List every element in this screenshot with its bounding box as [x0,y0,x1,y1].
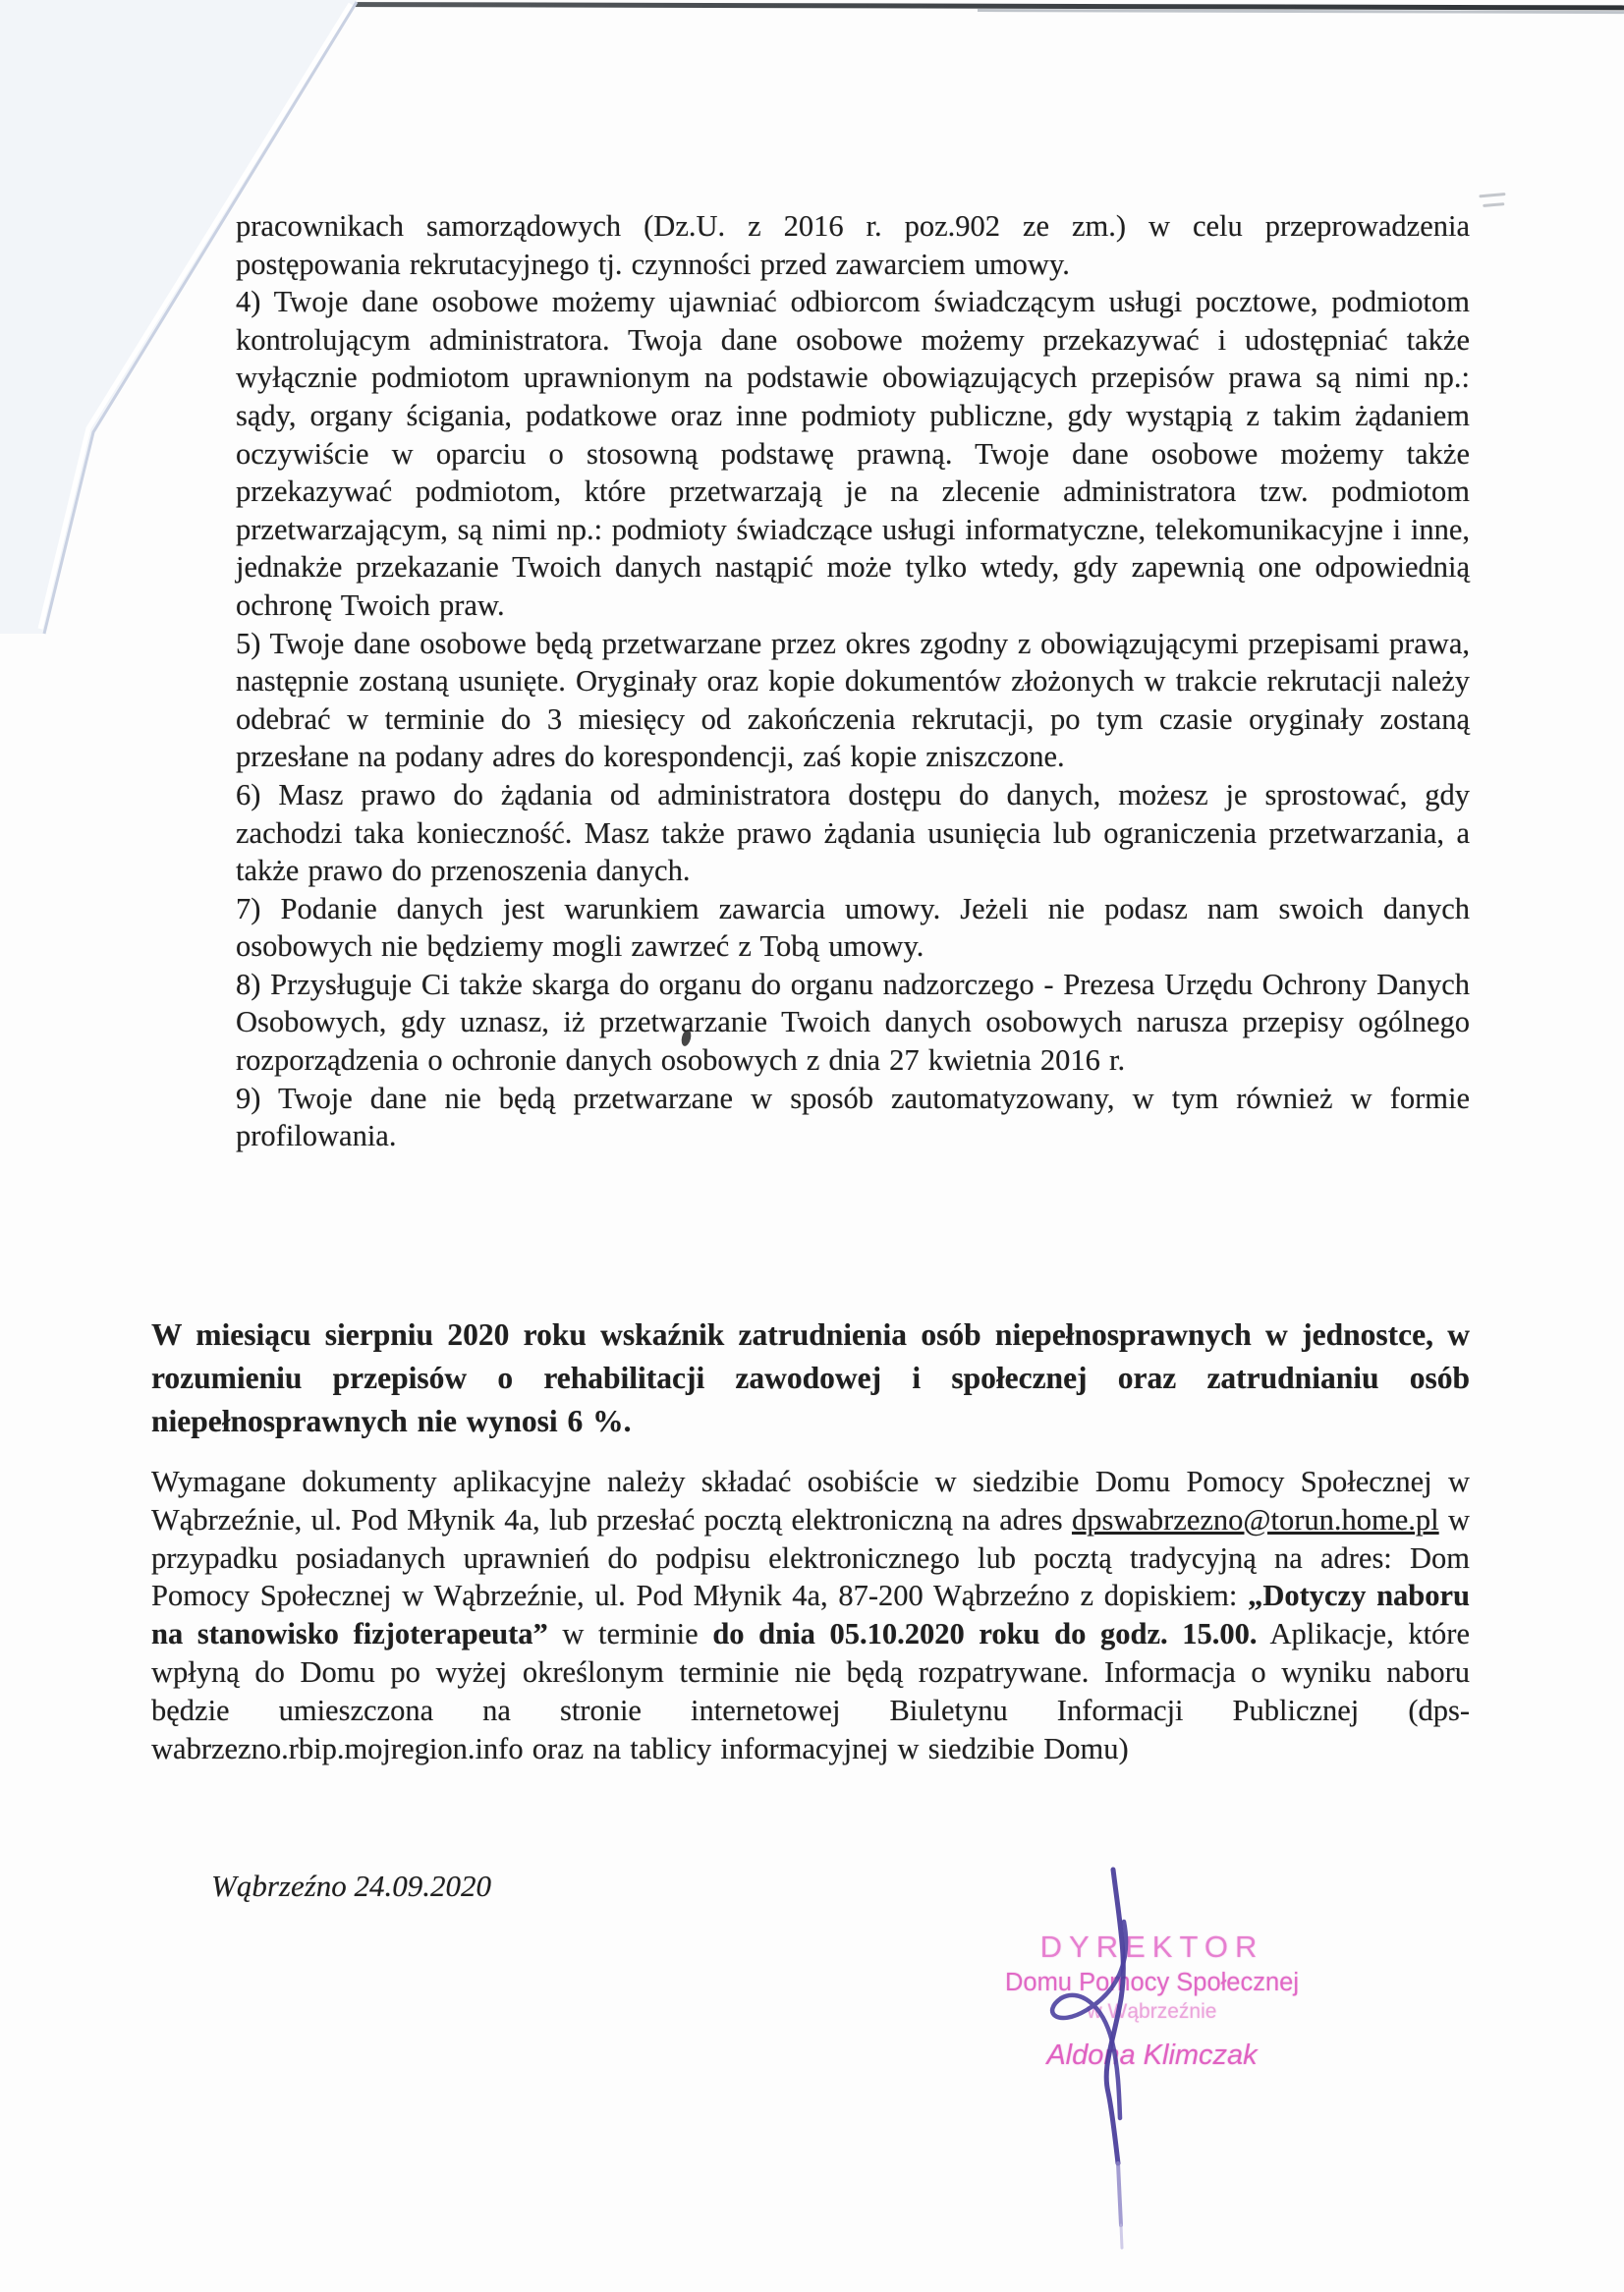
scanned-document-page: pracownikach samorządowych (Dz.U. z 2016… [0,0,1624,2292]
application-instructions: Wymagane dokumenty aplikacyjne należy sk… [151,1463,1470,1767]
clause-4: 4) Twoje dane osobowe możemy ujawniać od… [236,283,1470,624]
pencil-stroke [1479,193,1505,197]
pencil-stroke [1483,202,1504,207]
pencil-mark [1479,193,1509,211]
signature-ink [1022,1857,1169,2260]
clauses-block: pracownikach samorządowych (Dz.U. z 2016… [236,207,1470,1155]
clause-8: 8) Przysługuje Ci także skarga do organu… [236,966,1470,1080]
clause-9: 9) Twoje dane nie będą przetwarzane w sp… [236,1080,1470,1155]
paragraph-continuation: pracownikach samorządowych (Dz.U. z 2016… [236,207,1470,283]
application-deadline: do dnia 05.10.2020 roku do godz. 15.00. [712,1617,1257,1650]
application-text: w terminie [548,1617,713,1650]
disability-ratio-note: W miesiącu sierpniu 2020 roku wskaźnik z… [151,1314,1470,1443]
clause-6: 6) Masz prawo do żądania od administrato… [236,776,1470,890]
clause-5: 5) Twoje dane osobowe będą przetwarzane … [236,625,1470,776]
clause-7: 7) Podanie danych jest warunkiem zawarci… [236,890,1470,966]
place-date-line: Wąbrzeźno 24.09.2020 [211,1869,491,1904]
email-address: dpswabrzezno@torun.home.pl [1072,1503,1439,1537]
disability-ratio-text: W miesiącu sierpniu 2020 roku wskaźnik z… [151,1314,1470,1443]
application-paragraph: Wymagane dokumenty aplikacyjne należy sk… [151,1463,1470,1767]
